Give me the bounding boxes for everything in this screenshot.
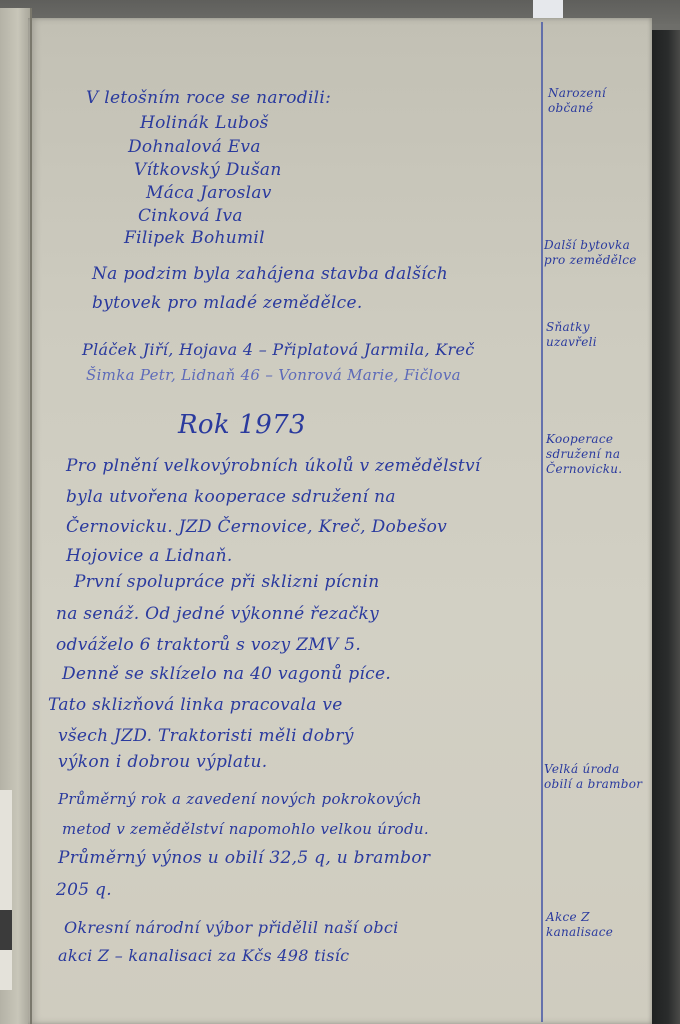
margin-note-housing: Další bytovka pro zemědělce [544,238,644,268]
margin-note-line: Kooperace [546,432,646,447]
text-line: byla utvořena kooperace sdružení na [66,487,396,507]
page-gutter-line [30,8,32,1024]
birth-name: Filipek Bohumil [124,228,265,248]
margin-note-line: uzavřeli [546,335,646,350]
text-line: Průměrný výnos u obilí 32,5 q, u brambor [58,848,430,868]
text-line: Hojovice a Lidnaň. [66,546,233,566]
birth-name: Holinák Luboš [140,113,269,133]
margin-note-line: Černovicku. [546,462,646,477]
bookmark-tab [533,0,563,20]
label-dark-block [0,910,12,950]
margin-note-cooperation: Kooperace sdružení na Černovicku. [546,432,646,477]
left-edge-label-strip [0,790,12,990]
construction-line: bytovek pro mladé zemědělce. [92,293,363,313]
margin-rule-line [541,22,543,1022]
margin-note-line: Velká úroda [544,762,650,777]
margin-note-line: sdružení na [546,447,646,462]
text-line: metod v zemědělství napomohlo velkou úro… [62,820,429,838]
margin-note-line: Další bytovka [544,238,644,253]
text-line: První spolupráce při sklizni pícnin [74,572,380,592]
text-line: na senáž. Od jedné výkonné řezačky [56,604,379,624]
margin-note-births: Narození občané [548,86,648,116]
margin-note-line: obilí a brambor [544,777,650,792]
births-intro: V letošním roce se narodili: [86,88,331,108]
marriage-entry: Šimka Petr, Lidnaň 46 – Vonrová Marie, F… [86,366,461,384]
birth-name: Cinková Iva [138,206,243,226]
birth-name: Vítkovský Dušan [134,160,282,180]
text-line: Černovicku. JZD Černovice, Kreč, Dobešov [66,517,447,537]
text-line: akci Z – kanalisaci za Kčs 498 tisíc [58,946,349,965]
construction-line: Na podzim byla zahájena stavba dalších [92,264,448,284]
text-line: všech JZD. Traktoristi měli dobrý [58,726,354,746]
birth-name: Dohnalová Eva [128,137,261,157]
birth-name: Máca Jaroslav [146,183,272,203]
margin-note-line: Sňatky [546,320,646,335]
margin-note-harvest: Velká úroda obilí a brambor [544,762,650,792]
text-line: Pro plnění velkovýrobních úkolů v zemědě… [66,456,481,476]
margin-note-marriages: Sňatky uzavřeli [546,320,646,350]
year-heading: Rok 1973 [178,410,306,440]
margin-note-line: Narození [548,86,648,101]
margin-note-line: pro zemědělce [544,253,644,268]
text-line: výkon i dobrou výplatu. [58,752,267,772]
text-line: odváželo 6 traktorů s vozy ZMV 5. [56,635,361,655]
marriage-entry: Pláček Jiří, Hojava 4 – Připlatová Jarmi… [82,340,475,359]
margin-note-line: kanalisace [546,925,646,940]
text-line: Denně se sklízelo na 40 vagonů píce. [62,664,391,684]
margin-note-sewerage: Akce Z kanalisace [546,910,646,940]
margin-note-line: Akce Z [546,910,646,925]
text-line: 205 q. [56,880,112,900]
text-line: Průměrný rok a zavedení nových pokrokový… [58,790,422,808]
text-line: Okresní národní výbor přidělil naší obci [64,918,399,937]
book-cover-edge [650,30,680,1024]
margin-note-line: občané [548,101,648,116]
text-line: Tato sklizňová linka pracovala ve [48,695,343,715]
